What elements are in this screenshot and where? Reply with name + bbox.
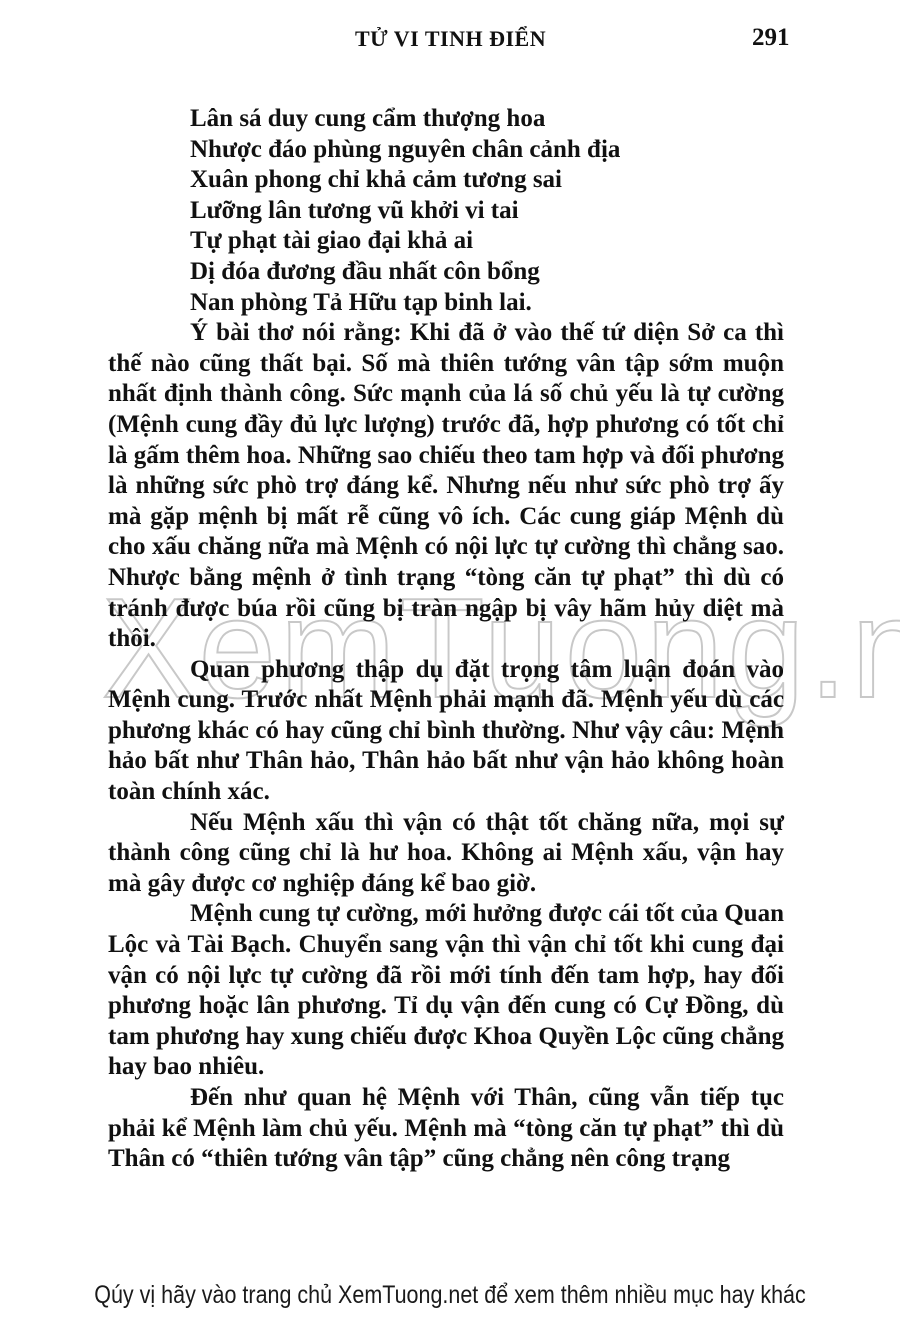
poem-verse: Lân sá duy cung cẩm thượng hoa Nhược đáo… (108, 104, 784, 318)
verse-line: Nhược đáo phùng nguyên chân cảnh địa (190, 135, 784, 166)
paragraph: Quan phương thập dụ đặt trọng tâm luận đ… (108, 655, 784, 808)
verse-line: Lưỡng lân tương vũ khởi vi tai (190, 196, 784, 227)
verse-line: Xuân phong chỉ khả cảm tương sai (190, 165, 784, 196)
paragraph: Đến như quan hệ Mệnh với Thân, cũng vẫn … (108, 1083, 784, 1175)
running-header: TỬ VI TINH ĐIỂN 291 (0, 22, 900, 58)
paragraph: Mệnh cung tự cường, mới hưởng được cái t… (108, 899, 784, 1083)
page-number: 291 (752, 24, 790, 52)
site-footer-note: Qúy vị hãy vào trang chủ XemTuong.net để… (63, 1281, 837, 1310)
body-text: Lân sá duy cung cẩm thượng hoa Nhược đáo… (108, 104, 784, 1175)
paragraph: Nếu Mệnh xấu thì vận có thật tốt chăng n… (108, 808, 784, 900)
book-page: TỬ VI TINH ĐIỂN 291 XemTuong.net Lân sá … (0, 0, 900, 1321)
paragraph: Ý bài thơ nói rằng: Khi đã ở vào thế tứ … (108, 318, 784, 655)
verse-line: Lân sá duy cung cẩm thượng hoa (190, 104, 784, 135)
verse-line: Dị đóa đương đầu nhất côn bổng (190, 257, 784, 288)
book-title: TỬ VI TINH ĐIỂN (355, 26, 546, 52)
verse-line: Nan phòng Tả Hữu tạp binh lai. (190, 288, 784, 319)
verse-line: Tự phạt tài giao đại khả ai (190, 226, 784, 257)
